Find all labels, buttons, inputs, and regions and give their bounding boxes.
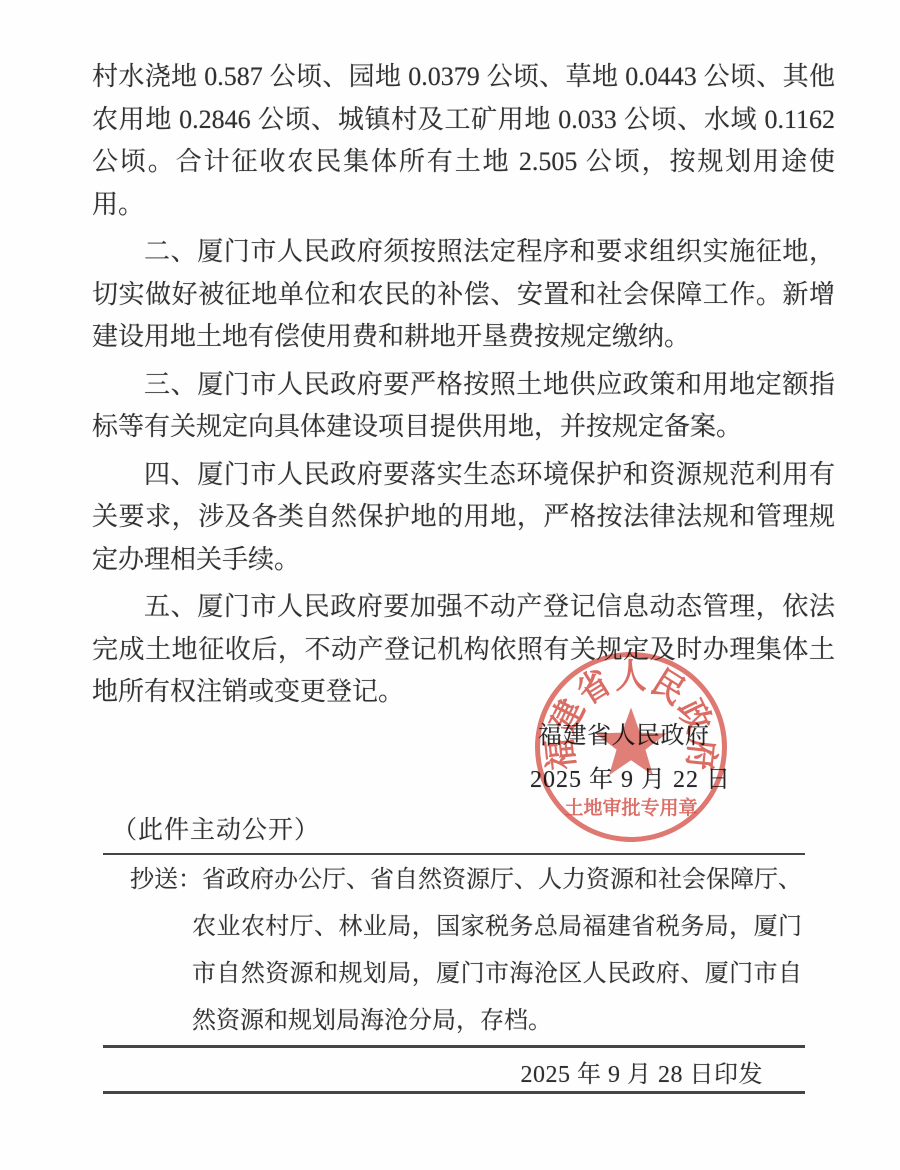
print-date: 2025 年 9 月 28 日印发 (103, 1054, 763, 1089)
paragraph-item-2: 二、厦门市人民政府须按照法定程序和要求组织实施征地，切实做好被征地单位和农民的补… (92, 231, 835, 359)
paragraph-item-4: 四、厦门市人民政府要落实生态环境保护和资源规范利用有关要求，涉及各类自然保护地的… (92, 454, 835, 582)
cc-block: 抄送：省政府办公厅、省自然资源厅、人力资源和社会保障厅、农业农村厅、林业局，国家… (130, 857, 802, 1045)
colophon-divider-top (103, 853, 805, 855)
print-divider-top (103, 1045, 805, 1048)
document-page: 村水浇地 0.587 公顷、园地 0.0379 公顷、草地 0.0443 公顷、… (0, 0, 900, 1170)
publicity-note: （此件主动公开） (112, 810, 320, 846)
paragraph-item-3: 三、厦门市人民政府要严格按照土地供应政策和用地定额指标等有关规定向具体建设项目提… (92, 364, 835, 449)
cc-label: 抄送： (130, 867, 202, 893)
signature-issuer: 福建省人民政府 (538, 720, 731, 752)
signature-block: 福建省人民政府 2025 年 9 月 22 日 (530, 720, 731, 796)
paragraph-item-5: 五、厦门市人民政府要加强不动产登记信息动态管理，依法完成土地征收后，不动产登记机… (92, 586, 835, 714)
signature-date: 2025 年 9 月 22 日 (530, 764, 731, 796)
seal-bottom-text: 土地审批专用章 (540, 793, 722, 820)
paragraph-continuation: 村水浇地 0.587 公顷、园地 0.0379 公顷、草地 0.0443 公顷、… (92, 56, 835, 226)
cc-text: 省政府办公厅、省自然资源厅、人力资源和社会保障厅、农业农村厅、林业局，国家税务总… (192, 867, 802, 1034)
document-body: 村水浇地 0.587 公顷、园地 0.0379 公顷、草地 0.0443 公顷、… (92, 56, 835, 719)
print-divider-bottom (103, 1091, 805, 1094)
